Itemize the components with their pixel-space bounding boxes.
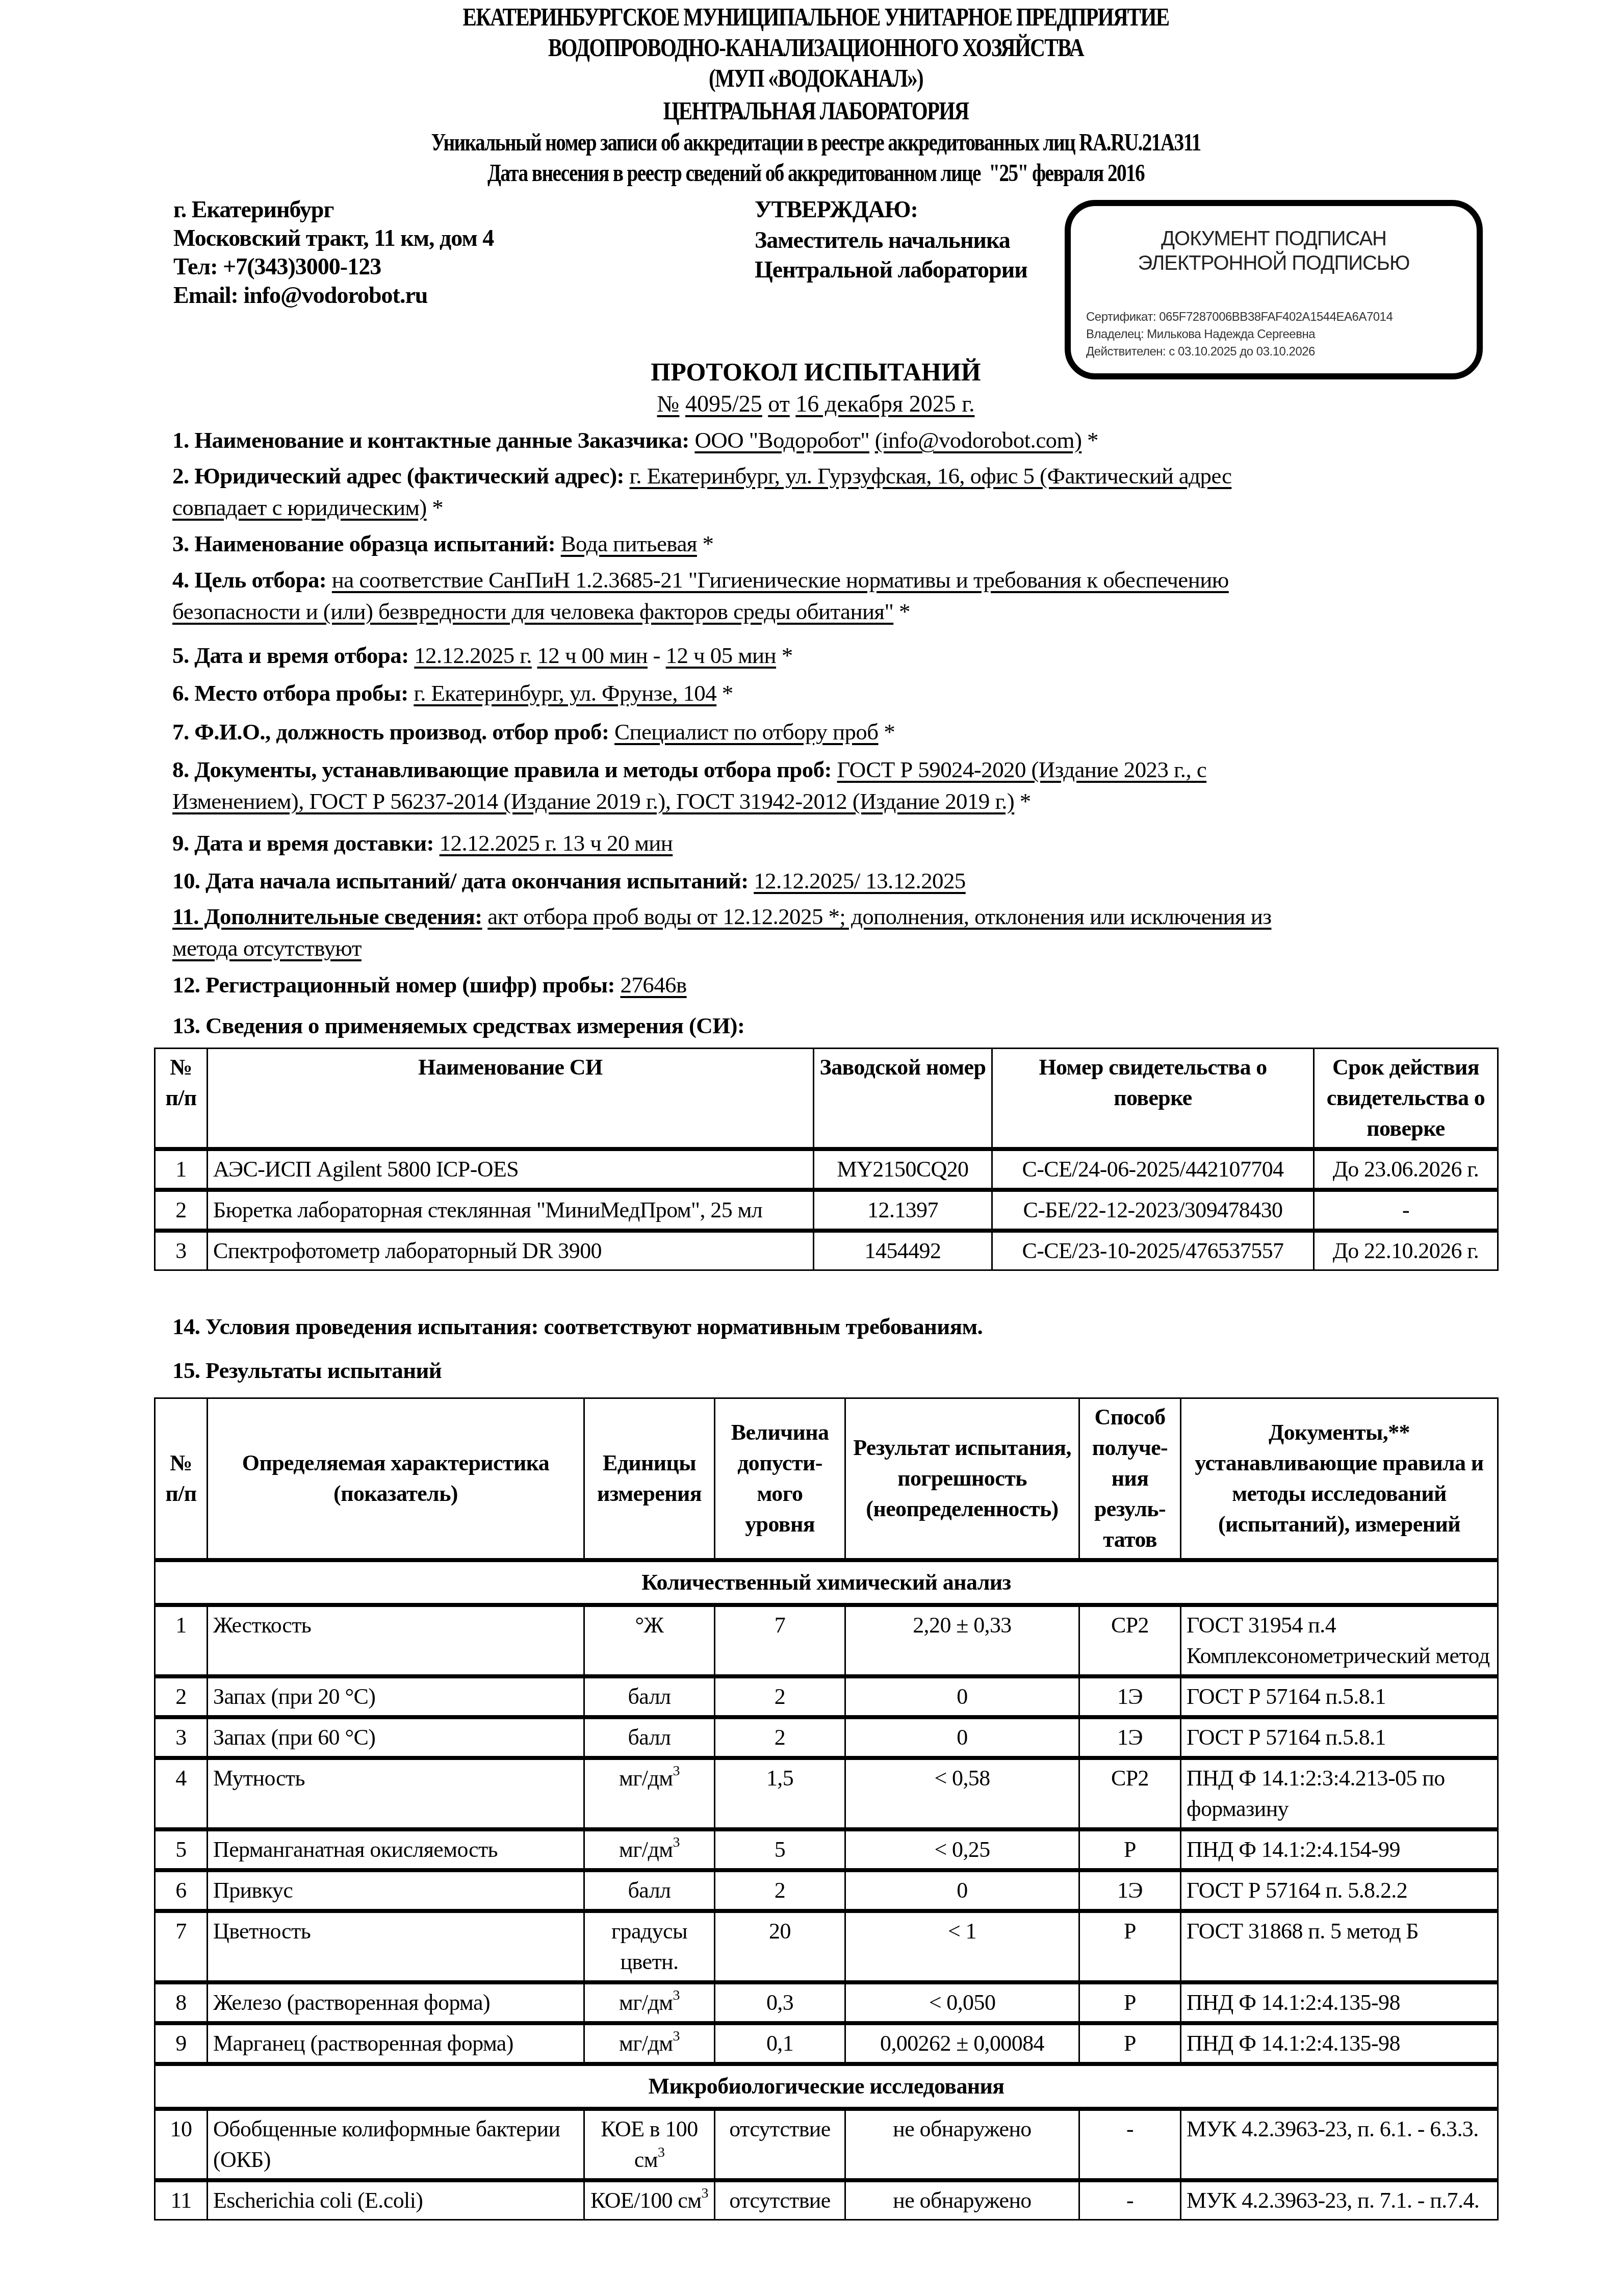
item-instruments-title: 13. Сведения о применяемых средствах изм… bbox=[172, 1010, 1478, 1041]
approval-position: Заместитель начальника bbox=[755, 228, 1010, 252]
item-customer: 1. Наименование и контактные данные Зака… bbox=[172, 424, 1478, 456]
table-row: 5Перманганатная окисляемостьмг/дм35< 0,2… bbox=[155, 1829, 1498, 1870]
item-value: ГОСТ Р 59024-2020 (Издание 2023 г., с bbox=[837, 757, 1207, 782]
org-name-line2: ВОДОПРОВОДНО-КАНАЛИЗАЦИОННОГО ХОЗЯЙСТВА bbox=[272, 35, 1359, 60]
item-label: 1. Наименование и контактные данные Зака… bbox=[172, 427, 689, 453]
cell-units: КОЕ/100 см3 bbox=[584, 2180, 715, 2220]
item-label: 8. Документы, устанавливающие правила и … bbox=[172, 757, 832, 782]
cell-cert-number: С-БЕ/22-12-2023/309478430 bbox=[992, 1190, 1314, 1231]
cell-characteristic: Escherichia coli (E.coli) bbox=[208, 2180, 584, 2220]
cell-result: < 1 bbox=[845, 1911, 1079, 1982]
cell-limit: 5 bbox=[715, 1829, 845, 1870]
item-suffix: * bbox=[1081, 427, 1098, 453]
cell-limit: 0,3 bbox=[715, 1982, 845, 2023]
col-header-serial: Заводской номер bbox=[814, 1049, 992, 1150]
col-header-cert-validity: Срок действия свидетельства о поверке bbox=[1314, 1049, 1498, 1150]
cell-result: не обнаружено bbox=[845, 2109, 1079, 2180]
section-title-micro: Микробиологические исследования bbox=[155, 2064, 1498, 2109]
item-suffix: * bbox=[716, 680, 733, 706]
item-sample-name: 3. Наименование образца испытаний: Вода … bbox=[172, 528, 1478, 559]
stamp-owner: Владелец: Милькова Надежда Сергеевна bbox=[1086, 327, 1315, 342]
table-row: 2Запах (при 20 °С)балл201ЭГОСТ Р 57164 п… bbox=[155, 1676, 1498, 1717]
unit-text: мг/дм bbox=[619, 1990, 673, 2015]
chemical-rows: 1Жесткость°Ж72,20 ± 0,33СР2ГОСТ 31954 п.… bbox=[155, 1605, 1498, 2064]
cell-serial: 12.1397 bbox=[814, 1190, 992, 1231]
cell-result: < 0,050 bbox=[845, 1982, 1079, 2023]
cell-number: 1 bbox=[155, 1605, 208, 1676]
col-header-method: Способ получе-ния резуль-татов bbox=[1079, 1398, 1181, 1561]
cell-units: мг/дм3 bbox=[584, 1758, 715, 1829]
item-sampling-place: 6. Место отбора пробы: г. Екатеринбург, … bbox=[172, 677, 1478, 709]
col-header-result: Результат испытания, погрешность (неопре… bbox=[845, 1398, 1079, 1561]
cell-method: 1Э bbox=[1079, 1870, 1181, 1911]
unit-text: КОЕ в 100 см bbox=[601, 2116, 698, 2172]
cell-characteristic: Жесткость bbox=[208, 1605, 584, 1676]
cell-characteristic: Привкус bbox=[208, 1870, 584, 1911]
cell-result: 2,20 ± 0,33 bbox=[845, 1605, 1079, 1676]
cell-limit: 0,1 bbox=[715, 2023, 845, 2064]
stamp-title-line1: ДОКУМЕНТ ПОДПИСАН bbox=[1071, 227, 1477, 250]
item-additional-info: 11. Дополнительные сведения: акт отбора … bbox=[172, 901, 1478, 964]
instruments-table: № п/п Наименование СИ Заводской номер Но… bbox=[154, 1048, 1499, 1271]
contact-city: г. Екатеринбург bbox=[173, 198, 333, 221]
cell-documents: ПНД Ф 14.1:2:4.135-98 bbox=[1181, 2023, 1498, 2064]
cell-method: - bbox=[1079, 2180, 1181, 2220]
col-header-documents: Документы,** устанавливающие правила и м… bbox=[1181, 1398, 1498, 1561]
results-header-row: № п/п Определяемая характеристика (показ… bbox=[155, 1398, 1498, 1561]
cell-method: - bbox=[1079, 2109, 1181, 2180]
unit-text: балл bbox=[628, 1725, 671, 1750]
results-table: № п/п Определяемая характеристика (показ… bbox=[154, 1397, 1499, 2221]
cell-number: 3 bbox=[155, 1231, 208, 1270]
item-label: 5. Дата и время отбора: bbox=[172, 643, 409, 668]
cell-instrument-name: Бюретка лабораторная стеклянная "МиниМед… bbox=[208, 1190, 814, 1231]
item-suffix: * bbox=[697, 531, 714, 556]
unit-text: балл bbox=[628, 1684, 671, 1709]
item-value: 12.12.2025 г. bbox=[414, 643, 532, 668]
contact-email[interactable]: Email: info@vodorobot.ru bbox=[173, 284, 427, 307]
cell-limit: 2 bbox=[715, 1717, 845, 1758]
cell-limit: 1,5 bbox=[715, 1758, 845, 1829]
cell-documents: ГОСТ Р 57164 п.5.8.1 bbox=[1181, 1676, 1498, 1717]
stamp-title-line2: ЭЛЕКТРОННОЙ ПОДПИСЬЮ bbox=[1071, 252, 1477, 275]
item-label: 10. Дата начала испытаний/ дата окончани… bbox=[172, 868, 749, 894]
stamp-certificate: Сертификат: 065F7287006BB38FAF402A1544EA… bbox=[1086, 310, 1393, 324]
protocol-number: № 4095/25 от 16 декабря 2025 г. bbox=[153, 390, 1479, 417]
cell-documents: ГОСТ 31868 п. 5 метод Б bbox=[1181, 1911, 1498, 1982]
item-suffix: * bbox=[776, 643, 793, 668]
cell-number: 7 bbox=[155, 1911, 208, 1982]
cell-units: мг/дм3 bbox=[584, 1982, 715, 2023]
protocol-number-prefix: № bbox=[657, 391, 680, 417]
cell-number: 11 bbox=[155, 2180, 208, 2220]
test-conditions: 14. Условия проведения испытания: соотве… bbox=[172, 1311, 1478, 1342]
micro-rows: 10Обобщенные колиформные бактерии (ОКБ)К… bbox=[155, 2109, 1498, 2220]
cell-result: 0 bbox=[845, 1676, 1079, 1717]
cell-limit: 7 bbox=[715, 1605, 845, 1676]
unit-superscript: 3 bbox=[702, 2185, 708, 2201]
cell-instrument-name: Спектрофотометр лабораторный DR 3900 bbox=[208, 1231, 814, 1270]
cell-limit: 2 bbox=[715, 1676, 845, 1717]
cell-result: < 0,25 bbox=[845, 1829, 1079, 1870]
protocol-date: 16 декабря 2025 г. bbox=[795, 391, 974, 417]
item-delivery-datetime: 9. Дата и время доставки: 12.12.2025 г. … bbox=[172, 827, 1478, 859]
cell-cert-validity: До 22.10.2026 г. bbox=[1314, 1231, 1498, 1270]
table-row: 10Обобщенные колиформные бактерии (ОКБ)К… bbox=[155, 2109, 1498, 2180]
cell-documents: ПНД Ф 14.1:2:3:4.213-05 по формазину bbox=[1181, 1758, 1498, 1829]
item-label: 6. Место отбора пробы: bbox=[172, 680, 408, 706]
cell-method: СР2 bbox=[1079, 1605, 1181, 1676]
cell-characteristic: Мутность bbox=[208, 1758, 584, 1829]
cell-characteristic: Цветность bbox=[208, 1911, 584, 1982]
item-label: 3. Наименование образца испытаний: bbox=[172, 531, 555, 556]
unit-text: балл bbox=[628, 1878, 671, 1903]
item-sampling-datetime: 5. Дата и время отбора: 12.12.2025 г. 12… bbox=[172, 640, 1478, 671]
protocol-from: от bbox=[768, 391, 790, 417]
cell-characteristic: Железо (растворенная форма) bbox=[208, 1982, 584, 2023]
item-value-line2: метода отсутствуют bbox=[172, 935, 362, 961]
item-suffix: * bbox=[1014, 788, 1031, 814]
item-label: 13. Сведения о применяемых средствах изм… bbox=[172, 1013, 744, 1038]
item-label: 7. Ф.И.О., должность производ. отбор про… bbox=[172, 719, 609, 745]
item-label: 4. Цель отбора: bbox=[172, 567, 326, 593]
section-row-chemical: Количественный химический анализ bbox=[155, 1560, 1498, 1605]
table-row: 7Цветностьградусы цветн.20< 1РГОСТ 31868… bbox=[155, 1911, 1498, 1982]
cell-characteristic: Запах (при 20 °С) bbox=[208, 1676, 584, 1717]
item-value: 12.12.2025 г. 13 ч 20 мин bbox=[440, 830, 673, 856]
electronic-signature-stamp: ДОКУМЕНТ ПОДПИСАН ЭЛЕКТРОННОЙ ПОДПИСЬЮ С… bbox=[1065, 200, 1483, 379]
col-header-instrument-name: Наименование СИ bbox=[208, 1049, 814, 1150]
cell-number: 8 bbox=[155, 1982, 208, 2023]
item-label: 12. Регистрационный номер (шифр) пробы: bbox=[172, 972, 615, 998]
cell-units: КОЕ в 100 см3 bbox=[584, 2109, 715, 2180]
item-sampling-purpose: 4. Цель отбора: на соответствие СанПиН 1… bbox=[172, 564, 1478, 627]
cell-documents: МУК 4.2.3963-23, п. 6.1. - 6.3.3. bbox=[1181, 2109, 1498, 2180]
accreditation-date: Дата внесения в реестр сведений об аккре… bbox=[272, 161, 1359, 186]
unit-text: мг/дм bbox=[619, 2031, 673, 2056]
item-value: на соответствие СанПиН 1.2.3685-21 "Гиги… bbox=[332, 567, 1229, 593]
table-row: 1Жесткость°Ж72,20 ± 0,33СР2ГОСТ 31954 п.… bbox=[155, 1605, 1498, 1676]
cell-number: 10 bbox=[155, 2109, 208, 2180]
cell-units: балл bbox=[584, 1717, 715, 1758]
contact-address: Московский тракт, 11 км, дом 4 bbox=[173, 226, 494, 250]
table-row: 3Запах (при 60 °С)балл201ЭГОСТ Р 57164 п… bbox=[155, 1717, 1498, 1758]
table-row: 9Марганец (растворенная форма)мг/дм30,10… bbox=[155, 2023, 1498, 2064]
org-name-line3: (МУП «ВОДОКАНАЛ») bbox=[272, 65, 1359, 91]
cell-method: 1Э bbox=[1079, 1676, 1181, 1717]
cell-documents: ГОСТ 31954 п.4 Комплексонометрический ме… bbox=[1181, 1605, 1498, 1676]
cell-limit: отсутствие bbox=[715, 2180, 845, 2220]
item-sep: - bbox=[648, 643, 666, 668]
cell-method: Р bbox=[1079, 1982, 1181, 2023]
cell-characteristic: Запах (при 60 °С) bbox=[208, 1717, 584, 1758]
cell-number: 9 bbox=[155, 2023, 208, 2064]
item-value: г. Екатеринбург, ул. Фрунзе, 104 bbox=[414, 680, 716, 706]
cell-units: градусы цветн. bbox=[584, 1911, 715, 1982]
results-title: 15. Результаты испытаний bbox=[172, 1355, 1478, 1386]
item-value-line2: безопасности и (или) безвредности для че… bbox=[172, 599, 893, 624]
cell-limit: 2 bbox=[715, 1870, 845, 1911]
cell-characteristic: Перманганатная окисляемость bbox=[208, 1829, 584, 1870]
item-value3: 12 ч 05 мин bbox=[666, 643, 776, 668]
unit-text: °Ж bbox=[635, 1613, 664, 1638]
cell-method: Р bbox=[1079, 1911, 1181, 1982]
cell-serial: 1454492 bbox=[814, 1231, 992, 1270]
item-suffix: * bbox=[879, 719, 895, 745]
item-sampling-documents: 8. Документы, устанавливающие правила и … bbox=[172, 754, 1478, 817]
item-value: акт отбора проб воды от 12.12.2025 *; до… bbox=[487, 904, 1271, 929]
cell-number: 2 bbox=[155, 1190, 208, 1231]
protocol-number-value: 4095/25 bbox=[685, 391, 762, 417]
cell-cert-number: С-СЕ/24-06-2025/442107704 bbox=[992, 1149, 1314, 1190]
cell-number: 6 bbox=[155, 1870, 208, 1911]
item-value: Вода питьевая bbox=[561, 531, 697, 556]
cell-method: 1Э bbox=[1079, 1717, 1181, 1758]
item-value-line2: Изменением), ГОСТ Р 56237-2014 (Издание … bbox=[172, 788, 1014, 814]
approval-department: Центральной лаборатории bbox=[755, 258, 1027, 282]
item-value: 27646в bbox=[621, 972, 687, 998]
col-header-characteristic: Определяемая характеристика (показатель) bbox=[208, 1398, 584, 1561]
cell-number: 2 bbox=[155, 1676, 208, 1717]
item-label: 2. Юридический адрес (фактический адрес)… bbox=[172, 463, 624, 489]
cell-number: 1 bbox=[155, 1149, 208, 1190]
cell-limit: 20 bbox=[715, 1911, 845, 1982]
unit-superscript: 3 bbox=[673, 1987, 679, 2003]
item-value: Специалист по отбору проб bbox=[614, 719, 878, 745]
protocol-title: ПРОТОКОЛ ИСПЫТАНИЙ bbox=[153, 357, 1479, 387]
cell-documents: МУК 4.2.3963-23, п. 7.1. - п.7.4. bbox=[1181, 2180, 1498, 2220]
table-row: 6Привкусбалл201ЭГОСТ Р 57164 п. 5.8.2.2 bbox=[155, 1870, 1498, 1911]
cell-number: 4 bbox=[155, 1758, 208, 1829]
cell-result: < 0,58 bbox=[845, 1758, 1079, 1829]
instruments-header-row: № п/п Наименование СИ Заводской номер Но… bbox=[155, 1049, 1498, 1150]
cell-instrument-name: АЭС-ИСП Agilent 5800 ICP-OES bbox=[208, 1149, 814, 1190]
cell-documents: ПНД Ф 14.1:2:4.135-98 bbox=[1181, 1982, 1498, 2023]
item-registration-number: 12. Регистрационный номер (шифр) пробы: … bbox=[172, 969, 1478, 1001]
cell-units: балл bbox=[584, 1676, 715, 1717]
cell-method: СР2 bbox=[1079, 1758, 1181, 1829]
cell-number: 3 bbox=[155, 1717, 208, 1758]
col-header-cert-number: Номер свидетельства о поверке bbox=[992, 1049, 1314, 1150]
item-value: 12.12.2025/ 13.12.2025 bbox=[754, 868, 966, 894]
unit-text: градусы цветн. bbox=[611, 1919, 687, 1974]
item-sampler: 7. Ф.И.О., должность производ. отбор про… bbox=[172, 716, 1478, 748]
unit-text: мг/дм bbox=[619, 1837, 673, 1862]
cell-units: мг/дм3 bbox=[584, 2023, 715, 2064]
cell-characteristic: Марганец (растворенная форма) bbox=[208, 2023, 584, 2064]
cell-characteristic: Обобщенные колиформные бактерии (ОКБ) bbox=[208, 2109, 584, 2180]
cell-limit: отсутствие bbox=[715, 2109, 845, 2180]
col-header-number: № п/п bbox=[155, 1049, 208, 1150]
col-header-limit: Величина допусти-мого уровня bbox=[715, 1398, 845, 1561]
unit-superscript: 3 bbox=[658, 2145, 664, 2160]
cell-documents: ГОСТ Р 57164 п. 5.8.2.2 bbox=[1181, 1870, 1498, 1911]
cell-cert-validity: До 23.06.2026 г. bbox=[1314, 1149, 1498, 1190]
cell-units: мг/дм3 bbox=[584, 1829, 715, 1870]
table-row: 1 АЭС-ИСП Agilent 5800 ICP-OES MY2150CQ2… bbox=[155, 1149, 1498, 1190]
item-suffix: * bbox=[893, 599, 910, 624]
table-row: 3 Спектрофотометр лабораторный DR 3900 1… bbox=[155, 1231, 1498, 1270]
customer-email-link[interactable]: (info@vodorobot.com) bbox=[875, 427, 1082, 453]
cell-cert-number: С-СЕ/23-10-2025/476537557 bbox=[992, 1231, 1314, 1270]
accreditation-number: Уникальный номер записи об аккредитации … bbox=[272, 131, 1359, 155]
table-row: 11Escherichia coli (E.coli)КОЕ/100 см3от… bbox=[155, 2180, 1498, 2220]
cell-units: °Ж bbox=[584, 1605, 715, 1676]
cell-result: не обнаружено bbox=[845, 2180, 1079, 2220]
cell-serial: MY2150CQ20 bbox=[814, 1149, 992, 1190]
cell-number: 5 bbox=[155, 1829, 208, 1870]
cell-method: Р bbox=[1079, 2023, 1181, 2064]
item-legal-address: 2. Юридический адрес (фактический адрес)… bbox=[172, 460, 1478, 523]
cell-result: 0 bbox=[845, 1870, 1079, 1911]
section-row-micro: Микробиологические исследования bbox=[155, 2064, 1498, 2109]
unit-superscript: 3 bbox=[673, 2028, 679, 2044]
contact-phone: Тел: +7(343)3000-123 bbox=[173, 255, 381, 278]
col-header-units: Единицы измерения bbox=[584, 1398, 715, 1561]
cell-units: балл bbox=[584, 1870, 715, 1911]
item-value-line2: совпадает с юридическим) bbox=[172, 495, 427, 520]
table-row: 8Железо (растворенная форма)мг/дм30,3< 0… bbox=[155, 1982, 1498, 2023]
cell-method: Р bbox=[1079, 1829, 1181, 1870]
cell-result: 0 bbox=[845, 1717, 1079, 1758]
section-title-chemical: Количественный химический анализ bbox=[155, 1560, 1498, 1605]
item-test-dates: 10. Дата начала испытаний/ дата окончани… bbox=[172, 865, 1478, 897]
unit-superscript: 3 bbox=[673, 1763, 679, 1779]
item-value2: 12 ч 00 мин bbox=[537, 643, 647, 668]
unit-superscript: 3 bbox=[673, 1834, 679, 1850]
approval-title: УТВЕРЖДАЮ: bbox=[755, 198, 918, 221]
cell-documents: ГОСТ Р 57164 п.5.8.1 bbox=[1181, 1717, 1498, 1758]
item-label: 11. Дополнительные сведения: bbox=[172, 904, 482, 929]
table-row: 2 Бюретка лабораторная стеклянная "МиниМ… bbox=[155, 1190, 1498, 1231]
item-value: г. Екатеринбург, ул. Гурзуфская, 16, офи… bbox=[630, 463, 1232, 489]
item-label: 9. Дата и время доставки: bbox=[172, 830, 434, 856]
cell-documents: ПНД Ф 14.1:2:4.154-99 bbox=[1181, 1829, 1498, 1870]
org-name-line1: ЕКАТЕРИНБУРГСКОЕ МУНИЦИПАЛЬНОЕ УНИТАРНОЕ… bbox=[272, 4, 1359, 30]
item-suffix: * bbox=[427, 495, 444, 520]
unit-text: КОЕ/100 см bbox=[590, 2188, 702, 2213]
lab-name: ЦЕНТРАЛЬНАЯ ЛАБОРАТОРИЯ bbox=[272, 98, 1359, 123]
cell-result: 0,00262 ± 0,00084 bbox=[845, 2023, 1079, 2064]
item-value: ООО "Водоробот" bbox=[694, 427, 869, 453]
cell-cert-validity: - bbox=[1314, 1190, 1498, 1231]
unit-text: мг/дм bbox=[619, 1766, 673, 1791]
table-row: 4Мутностьмг/дм31,5< 0,58СР2ПНД Ф 14.1:2:… bbox=[155, 1758, 1498, 1829]
col-header-number: № п/п bbox=[155, 1398, 208, 1561]
